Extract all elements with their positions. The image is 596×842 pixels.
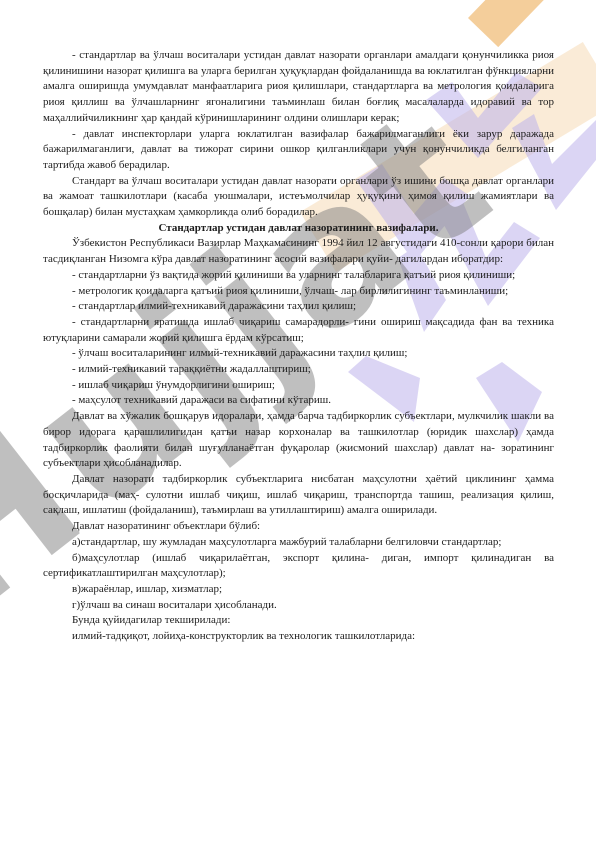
- paragraph: - стандартларни яратишда ишлаб чиқариш с…: [43, 315, 554, 346]
- paragraph: б)маҳсулотлар (ишлаб чиқарилаётган, эксп…: [43, 551, 554, 582]
- paragraph: г)ўлчаш ва синаш воситалари ҳисобланади.: [43, 598, 554, 614]
- paragraph: - ўлчаш воситаларининг илмий-техникавий …: [43, 346, 554, 362]
- section-heading: Стандартлар устидан давлат назоратининг …: [43, 221, 554, 237]
- paragraph: - ишлаб чиқариш ўнумдорлигини ошириш;: [43, 378, 554, 394]
- document-page: Hujjat - стандартлар ва ўлчаш воситалари…: [0, 0, 596, 842]
- document-content: - стандартлар ва ўлчаш воситалари устида…: [0, 0, 596, 645]
- paragraph: - маҳсулот техникавий даражаси ва сифати…: [43, 393, 554, 409]
- paragraph: Давлат назоратининг объектлари бўлиб:: [43, 519, 554, 535]
- paragraph: - стандартларни ўз вақтида жорий қилиниш…: [43, 268, 554, 284]
- paragraph: - стандартлар илмий-техникавий даражасин…: [43, 299, 554, 315]
- paragraph: Давлат назорати тадбиркорлик субъектлари…: [43, 472, 554, 519]
- paragraph: Стандарт ва ўлчаш воситалари устидан дав…: [43, 174, 554, 221]
- paragraph: Ўзбекистон Республикаси Вазирлар Маҳкама…: [43, 236, 554, 267]
- paragraph: илмий-тадқиқот, лойиҳа-конструкторлик ва…: [43, 629, 554, 645]
- paragraph: - метрологик қоидаларга қатъий риоя қили…: [43, 284, 554, 300]
- paragraph: Бунда қуйидагилар текширилади:: [43, 613, 554, 629]
- paragraph: - стандартлар ва ўлчаш воситалари устида…: [43, 48, 554, 127]
- paragraph: - илмий-техникавий тараққиётни жадаллашт…: [43, 362, 554, 378]
- paragraph: - давлат инспекторлари уларга юклатилган…: [43, 127, 554, 174]
- paragraph: а)стандартлар, шу жумладан маҳсулотларга…: [43, 535, 554, 551]
- paragraph: в)жараёнлар, ишлар, хизматлар;: [43, 582, 554, 598]
- paragraph: Давлат ва хўжалик бошқарув идоралари, ҳа…: [43, 409, 554, 472]
